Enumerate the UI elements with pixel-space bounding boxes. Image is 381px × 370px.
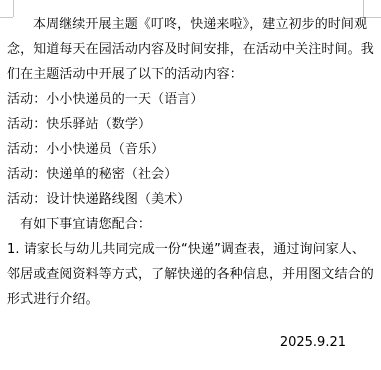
text-line: 活动：快乐驿站（数学） — [7, 112, 375, 137]
text-line: 活动：快递单的秘密（社会） — [7, 162, 375, 187]
text-line: 形式进行介绍。 — [7, 287, 375, 312]
text-block: 本周继续开展主题《叮咚，快递来啦》，建立初步的时间观念，知道每天在园活动内容及时… — [7, 12, 375, 312]
text-line: 有如下事宜请您配合： — [7, 212, 375, 237]
text-line: 邻居或查阅资料等方式，了解快递的各种信息，并用图文结合的 — [7, 262, 375, 287]
date-text: 2025.9.21 — [0, 330, 381, 355]
text-line: 们在主题活动中开展了以下的活动内容： — [7, 62, 375, 87]
text-line: 本周继续开展主题《叮咚，快递来啦》，建立初步的时间观 — [7, 12, 375, 37]
text-line: 活动：小小快递员（音乐） — [7, 137, 375, 162]
text-line: 念，知道每天在园活动内容及时间安排，在活动中关注时间。我 — [7, 37, 375, 62]
text-line: 活动：设计快递路线图（美术） — [7, 187, 375, 212]
text-line: 1. 请家长与幼儿共同完成一份“快递”调查表，通过询问家人、 — [7, 237, 375, 262]
text-line: 活动：小小快递员的一天（语言） — [7, 87, 375, 112]
